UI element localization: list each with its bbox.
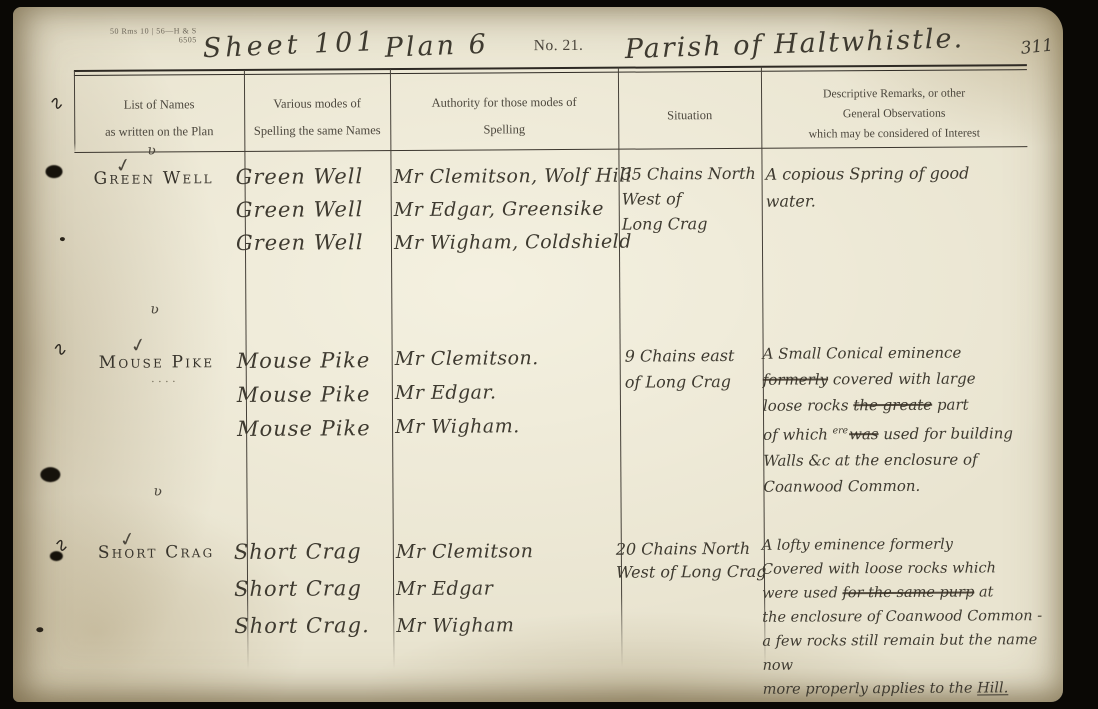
ink-squiggle: ∿ <box>46 91 68 116</box>
row3-spelling-list: Short CragShort CragShort Crag. <box>234 533 370 645</box>
record-number: No. 21. <box>534 37 584 55</box>
column-header-remarks: Descriptive Remarks, or otherGeneral Obs… <box>761 82 1027 144</box>
column-header-situation: Situation <box>618 102 761 130</box>
ink-speck <box>36 627 43 632</box>
ink-squiggle: ∿ <box>50 337 71 362</box>
document-page: 50 Rms 10 | 56—H & S 6505 Sheet 101 Plan… <box>13 7 1063 702</box>
flourish-mark: ʋ <box>153 483 162 499</box>
row3-remarks-cell: A lofty eminence formerlyCovered with lo… <box>762 532 1067 702</box>
row2-authority-list: Mr Clemitson.Mr Edgar.Mr Wigham. <box>395 341 540 444</box>
row3-name-cell: Short Crag <box>98 542 215 563</box>
imprint-line: 6505 <box>79 35 197 45</box>
flourish-mark: ʋ <box>147 142 156 158</box>
row2-situation-cell: 9 Chains eastof Long Crag <box>625 343 735 396</box>
parish-title: Parish of Haltwhistle. <box>624 23 964 65</box>
row2-name-cell: Mouse Pike <box>99 352 215 373</box>
binding-hole <box>45 165 62 178</box>
scan-background: 50 Rms 10 | 56—H & S 6505 Sheet 101 Plan… <box>0 0 1098 709</box>
ink-speck <box>60 237 65 241</box>
row2-remarks-cell: A Small Conical eminenceformerly covered… <box>763 339 1014 500</box>
flourish-mark: ʋ <box>150 301 159 317</box>
row1-remarks-cell: A copious Spring of goodwater. <box>765 160 969 215</box>
page-number: 311 <box>1020 35 1054 58</box>
column-header-authority: Authority for those modes ofSpelling <box>390 89 618 144</box>
row3-authority-list: Mr ClemitsonMr EdgarMr Wigham <box>396 533 534 645</box>
row1-authority-list: Mr Clemitson, Wolf HillMr Edgar, Greensi… <box>393 160 632 260</box>
printer-imprint: 50 Rms 10 | 56—H & S 6505 <box>79 26 197 45</box>
row3-situation-cell: 20 Chains NorthWest of Long Crag <box>616 537 767 584</box>
binding-hole <box>50 551 63 561</box>
plan-number: Plan 6 <box>384 29 489 64</box>
header-bottom-rule <box>74 146 1027 153</box>
dotted-mark: · · · · <box>151 374 176 389</box>
row1-name-cell: Green Well <box>94 168 214 189</box>
check-mark: ✓ <box>117 527 137 553</box>
binding-hole <box>40 467 60 482</box>
sheet-number: Sheet 101 <box>202 26 378 64</box>
row1-situation-cell: 35 Chains NorthWest ofLong Crag <box>621 161 756 237</box>
column-header-spelling-modes: Various modes ofSpelling the same Names <box>244 90 390 145</box>
row2-spelling-list: Mouse PikeMouse PikeMouse Pike <box>237 343 371 446</box>
row1-spelling-list: Green WellGreen WellGreen Well <box>235 160 363 260</box>
column-header-names: List of Namesas written on the Plan <box>74 91 244 146</box>
